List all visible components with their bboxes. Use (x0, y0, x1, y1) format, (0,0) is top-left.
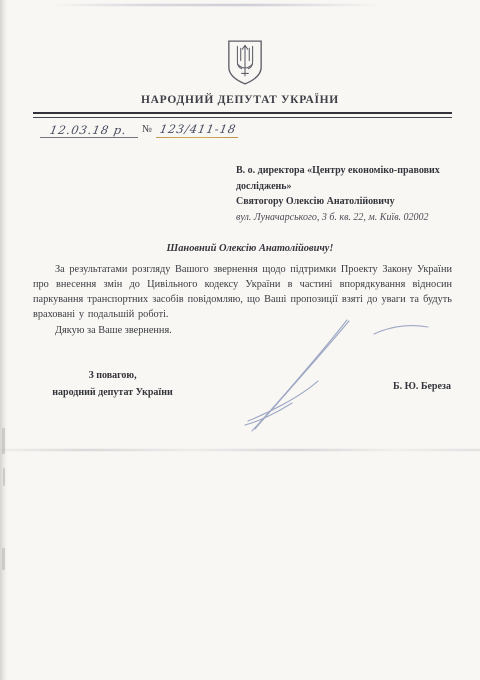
scan-speck (2, 428, 5, 454)
closing-regards: З повагою, (50, 367, 175, 384)
recipient-block: В. о. директора «Центру економіко-правов… (236, 163, 454, 225)
date-underline (40, 137, 138, 138)
closing-position: народний депутат України (50, 384, 175, 401)
signer-name: Б. Ю. Береза (393, 381, 459, 392)
salutation-line: Шановний Олексію Анатолійовичу! (130, 243, 370, 254)
number-underline (156, 137, 238, 138)
scan-speck (3, 468, 5, 486)
letterhead-title: НАРОДНИЙ ДЕПУТАТ УКРАЇНИ (0, 94, 480, 106)
recipient-line: Святогору Олексію Анатолійовичу (236, 194, 454, 210)
recipient-line: В. о. директора «Центру економіко-правов… (236, 163, 454, 179)
header-rule (33, 112, 452, 118)
signature-stroke (230, 300, 440, 440)
fold-crease-top (50, 4, 380, 6)
scanned-letter-page: НАРОДНИЙ ДЕПУТАТ УКРАЇНИ 12.03.18 р. № 1… (0, 0, 480, 680)
recipient-line: досліджень» (236, 179, 454, 195)
coat-of-arms-icon (226, 39, 264, 86)
number-sign-label: № (142, 124, 152, 135)
fold-crease-middle (0, 449, 480, 451)
scan-speck (2, 548, 5, 570)
closing-block: З повагою, народний депутат України (50, 367, 175, 401)
number-field: 123/411-18 (159, 122, 238, 136)
recipient-address: вул. Луначарського, 3 б. кв. 22, м. Київ… (236, 210, 454, 226)
date-field: 12.03.18 р. (49, 123, 128, 137)
